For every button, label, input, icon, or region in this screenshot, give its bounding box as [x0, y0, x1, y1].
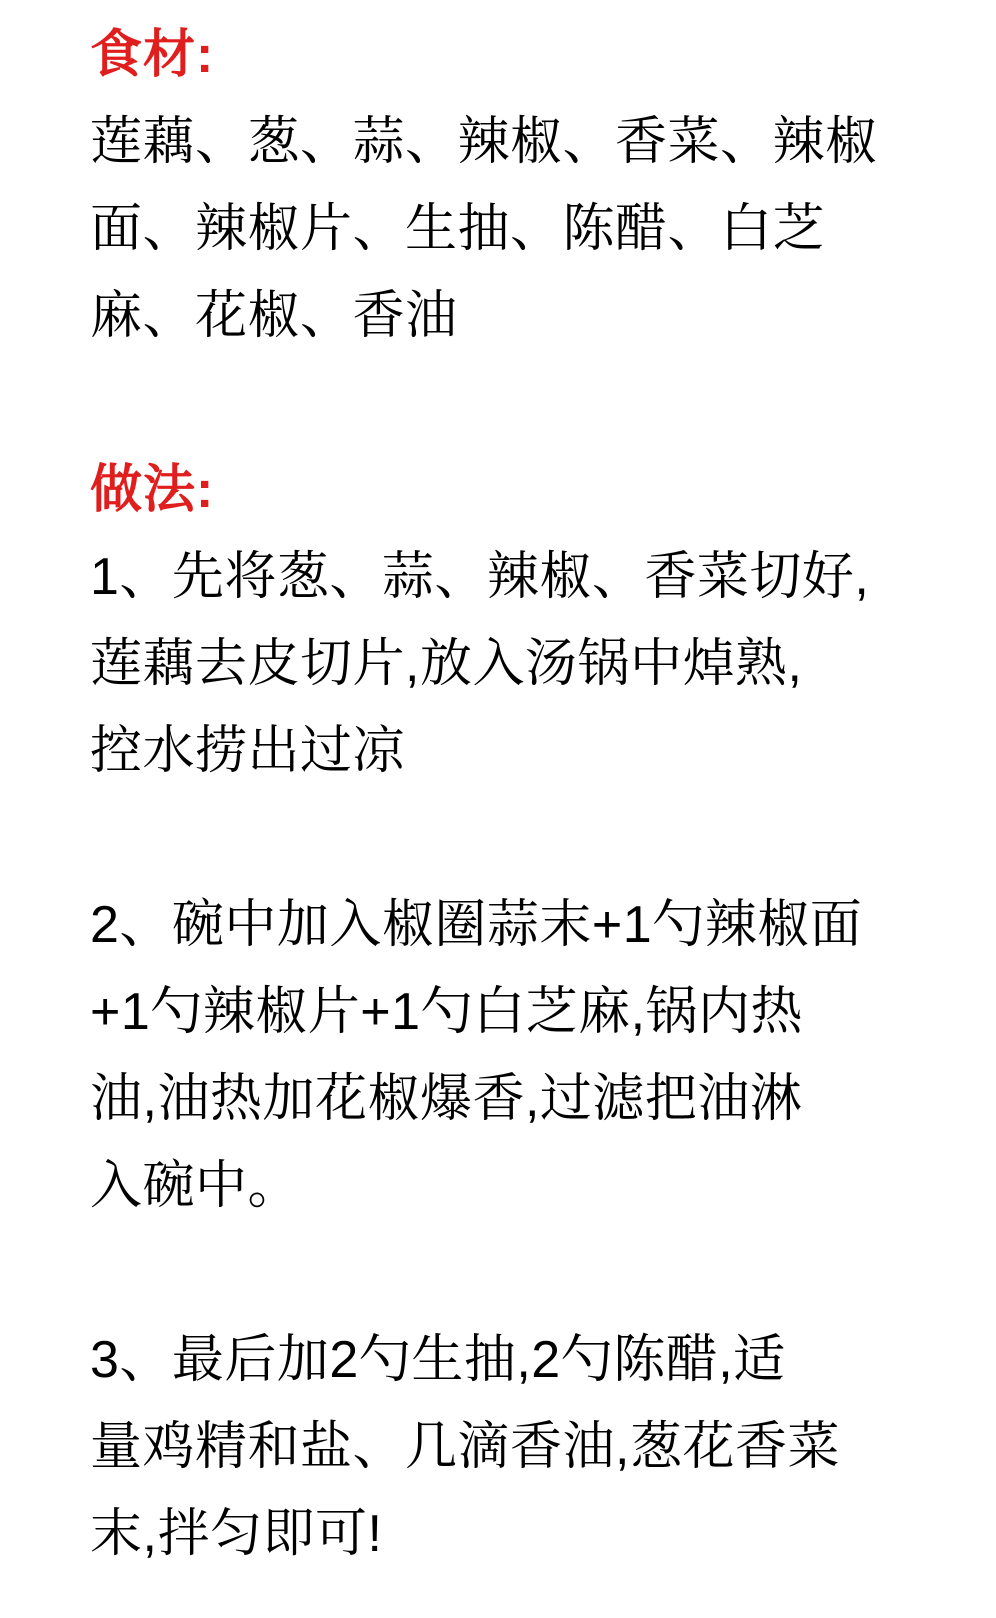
step-line: 油,油热加花椒爆香,过滤把油淋 — [90, 1056, 956, 1143]
method-step-1: 1、先将葱、蒜、辣椒、香菜切好, 莲藕去皮切片,放入汤锅中焯熟, 控水捞出过凉 — [90, 534, 956, 795]
method-heading: 做法: — [90, 447, 956, 534]
ingredients-heading: 食材: — [90, 12, 956, 99]
step-line: 末,拌匀即可! — [90, 1491, 956, 1578]
step-line: +1勺辣椒片+1勺白芝麻,锅内热 — [90, 969, 956, 1056]
step-line: 1、先将葱、蒜、辣椒、香菜切好, — [90, 534, 956, 621]
step-line: 3、最后加2勺生抽,2勺陈醋,适 — [90, 1317, 956, 1404]
ingredients-line: 面、辣椒片、生抽、陈醋、白芝 — [90, 186, 956, 273]
method-step-2: 2、碗中加入椒圈蒜末+1勺辣椒面 +1勺辣椒片+1勺白芝麻,锅内热 油,油热加花… — [90, 882, 956, 1230]
step-line: 莲藕去皮切片,放入汤锅中焯熟, — [90, 621, 956, 708]
ingredients-line: 麻、花椒、香油 — [90, 273, 956, 360]
ingredients-line: 莲藕、葱、蒜、辣椒、香菜、辣椒 — [90, 99, 956, 186]
step-line: 量鸡精和盐、几滴香油,葱花香菜 — [90, 1404, 956, 1491]
recipe-document: 食材: 莲藕、葱、蒜、辣椒、香菜、辣椒 面、辣椒片、生抽、陈醋、白芝 麻、花椒、… — [0, 0, 996, 1618]
method-step-3: 3、最后加2勺生抽,2勺陈醋,适 量鸡精和盐、几滴香油,葱花香菜 末,拌匀即可! — [90, 1317, 956, 1578]
step-line: 控水捞出过凉 — [90, 708, 956, 795]
ingredients-paragraph: 莲藕、葱、蒜、辣椒、香菜、辣椒 面、辣椒片、生抽、陈醋、白芝 麻、花椒、香油 — [90, 99, 956, 360]
step-line: 2、碗中加入椒圈蒜末+1勺辣椒面 — [90, 882, 956, 969]
step-line: 入碗中。 — [90, 1143, 956, 1230]
